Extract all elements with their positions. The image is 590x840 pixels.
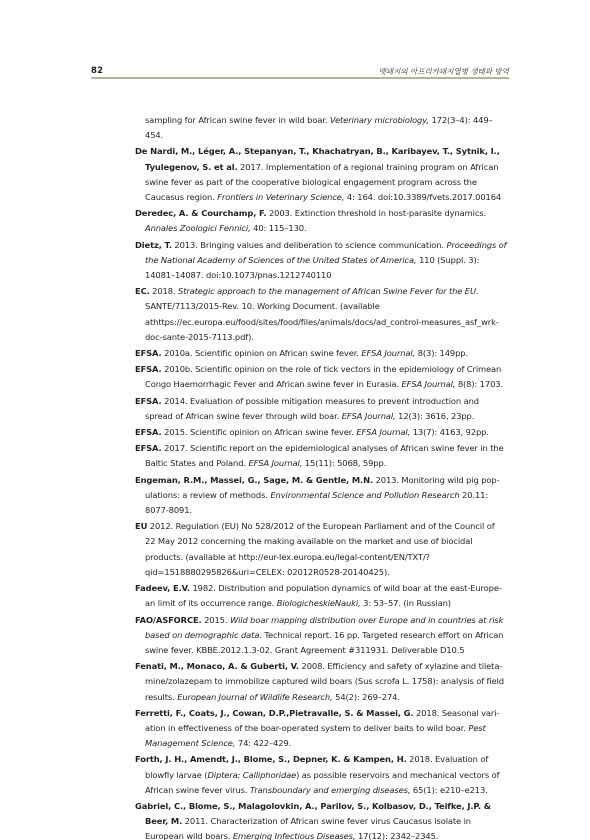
reference-entry: EFSA. 2010b. Scientific opinion on the r…: [135, 362, 507, 392]
running-title: 멧돼지의 아프리카돼지열병 생태와 방역: [379, 66, 509, 77]
reference-authors: EFSA.: [135, 427, 162, 437]
reference-authors: EU: [135, 521, 147, 531]
reference-journal: European Journal of Wildlife Research,: [177, 692, 332, 702]
reference-journal: BiologicheskieNauki,: [277, 598, 361, 608]
reference-journal: EFSA Journal,: [248, 458, 302, 468]
reference-authors: Deredec, A. & Courchamp, F.: [135, 208, 266, 218]
reference-taxon: Diptera: Calliphoridae: [207, 770, 296, 780]
reference-journal: Environmental Science and Pollution Rese…: [270, 490, 459, 500]
reference-authors: Dietz, T.: [135, 240, 172, 250]
reference-entry: Engeman, R.M., Massei, G., Sage, M. & Ge…: [135, 473, 507, 519]
reference-entry: Fenati, M., Monaco, A. & Guberti, V. 200…: [135, 659, 507, 705]
reference-journal: Transboundary and emerging diseases,: [250, 785, 410, 795]
reference-entry: EC. 2018. Strategic approach to the mana…: [135, 284, 507, 345]
reference-entry: Deredec, A. & Courchamp, F. 2003. Extinc…: [135, 206, 507, 236]
reference-entry: Dietz, T. 2013. Bringing values and deli…: [135, 238, 507, 284]
header-rule: [91, 77, 509, 79]
reference-authors: EFSA.: [135, 443, 162, 453]
reference-journal: Emerging Infectious Diseases,: [233, 831, 356, 840]
reference-journal: Annales Zoologici Fennici,: [145, 223, 251, 233]
reference-journal: EFSA Journal,: [361, 348, 415, 358]
reference-entry: De Nardi, M., Léger, A., Stepanyan, T., …: [135, 144, 507, 205]
reference-entry: EFSA. 2010a. Scientific opinion on Afric…: [135, 346, 507, 361]
reference-list: sampling for African swine fever in wild…: [135, 113, 507, 840]
page-number: 82: [91, 66, 103, 76]
reference-authors: EFSA.: [135, 348, 162, 358]
reference-journal: EFSA Journal,: [342, 411, 396, 421]
reference-authors: FAO/ASFORCE.: [135, 615, 202, 625]
reference-entry: Forth, J. H., Amendt, J., Blome, S., Dep…: [135, 752, 507, 798]
reference-entry: EU 2012. Regulation (EU) No 528/2012 of …: [135, 519, 507, 580]
reference-entry: EFSA. 2014. Evaluation of possible mitig…: [135, 394, 507, 424]
reference-entry: Gabriel, C., Blome, S., Malagolovkin, A.…: [135, 799, 507, 840]
reference-authors: Engeman, R.M., Massei, G., Sage, M. & Ge…: [135, 475, 373, 485]
reference-authors: Fadeev, E.V.: [135, 583, 190, 593]
reference-authors: Fenati, M., Monaco, A. & Guberti, V.: [135, 661, 299, 671]
reference-entry: FAO/ASFORCE. 2015. Wild boar mapping dis…: [135, 613, 507, 659]
reference-entry: EFSA. 2015. Scientific opinion on Africa…: [135, 425, 507, 440]
reference-entry: EFSA. 2017. Scientific report on the epi…: [135, 441, 507, 471]
reference-title: Strategic approach to the management of …: [178, 286, 478, 296]
reference-authors: Forth, J. H., Amendt, J., Blome, S., Dep…: [135, 754, 407, 764]
reference-authors: EC.: [135, 286, 150, 296]
reference-entry: Ferretti, F., Coats, J., Cowan, D.P.,Pie…: [135, 706, 507, 752]
reference-authors: EFSA.: [135, 396, 162, 406]
reference-authors: EFSA.: [135, 364, 162, 374]
reference-journal: Frontiers in Veterinary Science,: [217, 192, 344, 202]
reference-entry: Fadeev, E.V. 1982. Distribution and popu…: [135, 581, 507, 611]
reference-authors: Ferretti, F., Coats, J., Cowan, D.P.,Pie…: [135, 708, 413, 718]
reference-journal: EFSA Journal,: [356, 427, 410, 437]
reference-journal: EFSA Journal,: [401, 379, 455, 389]
reference-entry: sampling for African swine fever in wild…: [135, 113, 507, 143]
